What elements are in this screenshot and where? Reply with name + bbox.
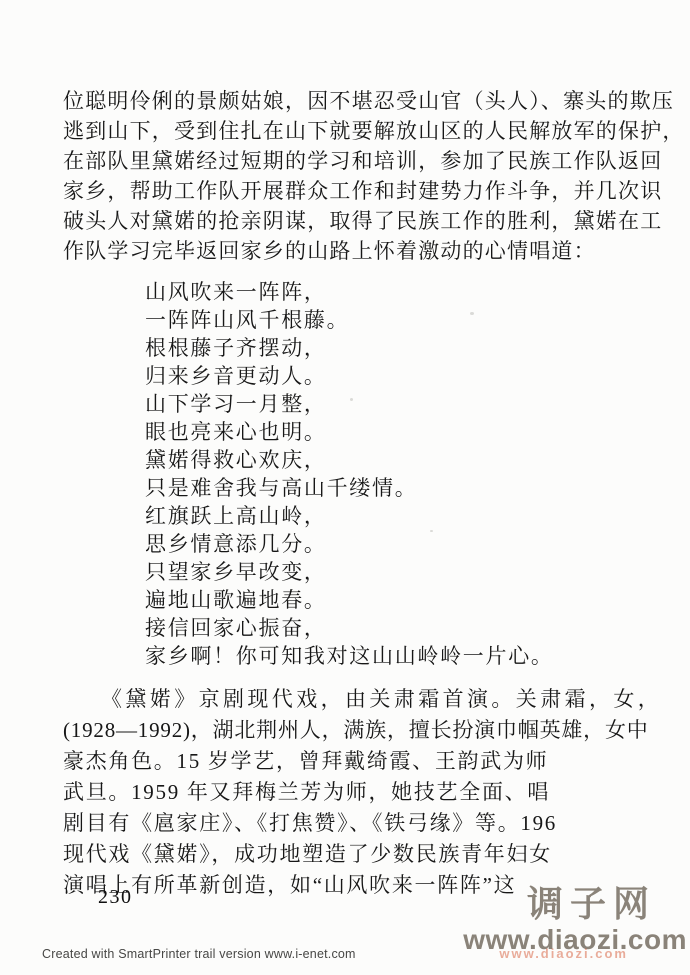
verse-line: 思乡情意添几分。	[145, 530, 554, 558]
text-line: 在部队里黛婼经过短期的学习和培训，参加了民族工作队返回	[63, 146, 685, 176]
verse-line: 遍地山歌遍地春。	[145, 586, 554, 614]
verse-line: 接信回家心振奋，	[145, 614, 554, 642]
scan-speck	[470, 312, 474, 315]
verse-line: 只望家乡早改变，	[145, 558, 554, 586]
verse-line: 眼也亮来心也明。	[145, 418, 554, 446]
text-line: (1928—1992)，湖北荆州人，满族，擅长扮演巾帼英雄，女中	[63, 715, 662, 746]
page-number: 230	[98, 886, 133, 909]
verse-line: 一阵阵山风千根藤。	[145, 306, 554, 334]
verse-line: 红旗跃上高山岭，	[145, 502, 554, 530]
text-line: 破头人对黛婼的抢亲阴谋，取得了民族工作的胜利，黛婼在工	[63, 206, 685, 236]
text-line: 武旦。1959 年又拜梅兰芳为师，她技艺全面、唱	[63, 777, 662, 808]
scan-speck	[430, 530, 433, 532]
verse-line: 家乡啊！你可知我对这山山岭岭一片心。	[145, 642, 554, 670]
text-line: 逃到山下，受到住扎在山下就要解放山区的人民解放军的保护，	[63, 116, 685, 146]
closing-paragraph: 《黛婼》京剧现代戏，由关肃霜首演。关肃霜，女， (1928—1992)，湖北荆州…	[63, 684, 662, 901]
verse-line: 黛婼得救心欢庆，	[145, 446, 554, 474]
scan-speck	[350, 398, 353, 401]
smartprinter-credit: Created with SmartPrinter trail version …	[42, 947, 356, 961]
verse-line: 山风吹来一阵阵，	[145, 278, 554, 306]
song-verse-block: 山风吹来一阵阵， 一阵阵山风千根藤。 根根藤子齐摆动， 归来乡音更动人。 山下学…	[145, 278, 554, 670]
watermark: 调子网 www.diaozi.com	[440, 884, 690, 955]
watermark-red-overlay: www.diaozi.com	[499, 946, 628, 961]
verse-line: 只是难舍我与高山千缕情。	[145, 474, 554, 502]
text-line: 作队学习完毕返回家乡的山路上怀着激动的心情唱道：	[63, 236, 685, 266]
verse-line: 归来乡音更动人。	[145, 362, 554, 390]
text-line: 《黛婼》京剧现代戏，由关肃霜首演。关肃霜，女，	[63, 684, 662, 715]
text-line: 豪杰角色。15 岁学艺，曾拜戴绮霞、王韵武为师	[63, 746, 662, 777]
verse-line: 根根藤子齐摆动，	[145, 334, 554, 362]
text-line: 现代戏《黛婼》，成功地塑造了少数民族青年妇女	[63, 839, 662, 870]
scanned-book-page: 位聪明伶俐的景颇姑娘，因不堪忍受山官（头人）、寨头的欺压 逃到山下，受到住扎在山…	[0, 0, 690, 975]
verse-line: 山下学习一月整，	[145, 390, 554, 418]
text-line: 家乡，帮助工作队开展群众工作和封建势力作斗争，并几次识	[63, 176, 685, 206]
watermark-site-name: 调子网	[440, 884, 690, 924]
text-line: 位聪明伶俐的景颇姑娘，因不堪忍受山官（头人）、寨头的欺压	[63, 86, 685, 116]
text-line: 剧目有《扈家庄》、《打焦赞》、《铁弓缘》等。196	[63, 808, 662, 839]
intro-paragraph: 位聪明伶俐的景颇姑娘，因不堪忍受山官（头人）、寨头的欺压 逃到山下，受到住扎在山…	[63, 86, 685, 266]
